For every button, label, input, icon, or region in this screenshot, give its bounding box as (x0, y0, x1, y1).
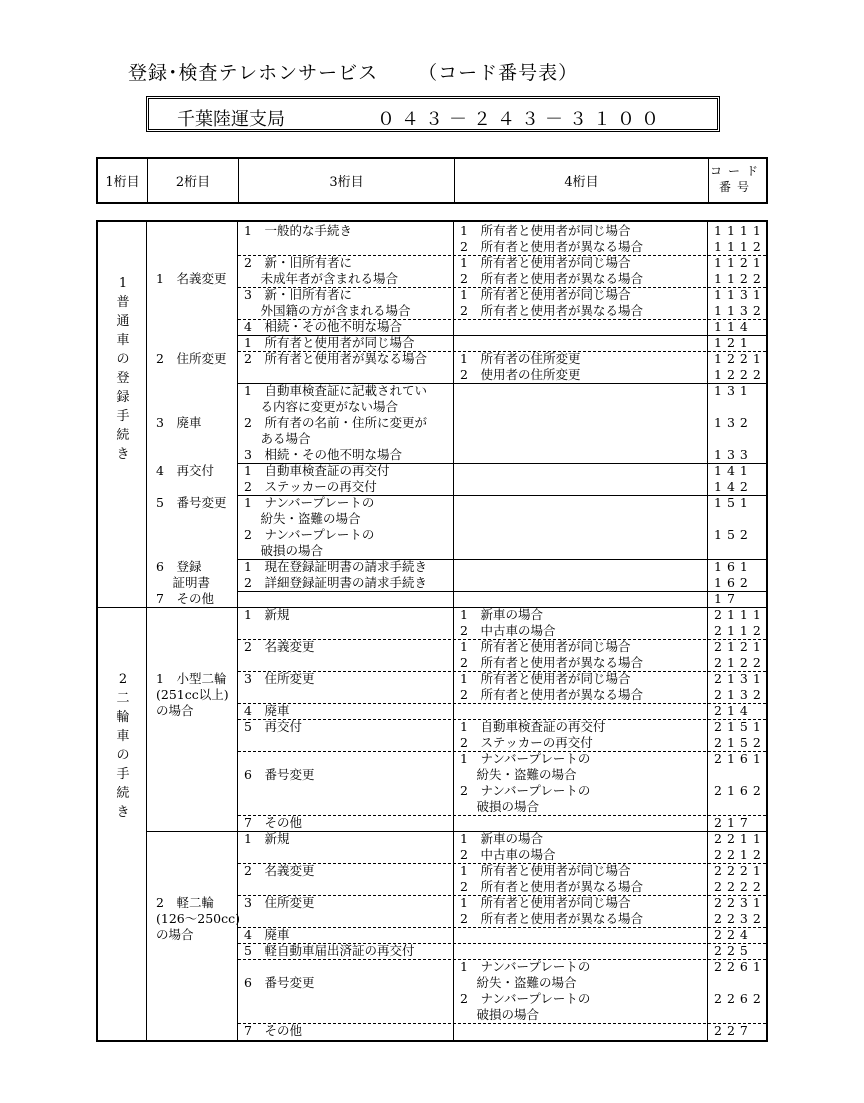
cell-c4: 紛失・盗難の場合 (460, 767, 576, 783)
phone-box: 千葉陸運支局 ０４３－２４３－３１００ (146, 96, 720, 132)
cell-c4: 1 新車の場合 (460, 831, 543, 847)
cell-c3: 1 ナンバープレートの (244, 495, 374, 511)
section-label-char: 車 (98, 331, 148, 350)
cell-c2: 1 名義変更 (156, 271, 226, 287)
cell-code: 132 (714, 415, 753, 431)
cell-c2: 3 廃車 (156, 415, 201, 431)
cell-c2: 証明書 (156, 575, 210, 591)
row-divider (238, 591, 766, 592)
cell-code: 224 (714, 927, 753, 943)
cell-code: 2211 (714, 831, 766, 847)
cell-code: 2111 (714, 607, 766, 623)
section-label-char: き (98, 445, 148, 464)
cell-c3: 2 詳細登録証明書の請求手続き (244, 575, 427, 591)
cell-c4: 1 ナンバープレートの (460, 751, 590, 767)
cell-code: 2261 (714, 959, 766, 975)
cell-code: 2231 (714, 895, 766, 911)
cell-code: 1121 (714, 255, 766, 271)
cell-c4: 破損の場合 (460, 799, 539, 815)
section-label-char: 通 (98, 312, 148, 331)
section-label-char: 二 (98, 689, 148, 708)
section-label-char: き (98, 803, 148, 822)
cell-code: 2121 (714, 639, 766, 655)
row-divider (238, 319, 766, 320)
cell-c3: 7 その他 (244, 815, 302, 831)
section-label-char: 輪 (98, 708, 148, 727)
cell-code: 2161 (714, 751, 766, 767)
cell-code: 227 (714, 1023, 753, 1039)
cell-c3: る内容に変更がない場合 (244, 399, 398, 415)
cell-code: 151 (714, 495, 753, 511)
cell-c4: 1 所有者と使用者が同じ場合 (460, 863, 630, 879)
cell-c4: 1 ナンバープレートの (460, 959, 590, 975)
section-label-char: 手 (98, 407, 148, 426)
cell-c3: 3 相続・その他不明な場合 (244, 447, 402, 463)
row-divider (238, 943, 766, 944)
row-divider (238, 639, 766, 640)
cell-c3: 1 自動車検査証の再交付 (244, 463, 389, 479)
title-sub: （コード番号表） (418, 62, 578, 84)
cell-c4: 2 所有者と使用者が異なる場合 (460, 911, 643, 927)
section-1-label: 1普通車の登録手続き (98, 274, 148, 464)
cell-c3: 4 相続・その他不明な場合 (244, 319, 402, 335)
cell-c3: 4 廃車 (244, 703, 289, 719)
row-divider (238, 495, 766, 496)
row-divider (238, 927, 766, 928)
section-label-char: 登 (98, 369, 148, 388)
cell-code: 2162 (714, 783, 766, 799)
cell-code: 2232 (714, 911, 766, 927)
row-divider (238, 671, 766, 672)
row-divider (238, 255, 766, 256)
cell-code: 214 (714, 703, 753, 719)
cell-code: 2122 (714, 655, 766, 671)
cell-code: 2221 (714, 863, 766, 879)
cell-code: 17 (714, 591, 740, 607)
row-divider (238, 751, 766, 752)
cell-c2: (126～250cc) (156, 911, 240, 927)
cell-code: 1112 (714, 239, 766, 255)
cell-code: 217 (714, 815, 753, 831)
cell-c2: の場合 (156, 703, 194, 719)
cell-c4: 破損の場合 (460, 1007, 539, 1023)
section-label-char: の (98, 350, 148, 369)
cell-c3: 1 自動車検査証に記載されてい (244, 383, 427, 399)
phone-number: ０４３－２４３－３１００ (377, 105, 665, 131)
cell-c3: 5 再交付 (244, 719, 302, 735)
cell-c2: 1 小型二輪 (156, 671, 226, 687)
cell-c3: 1 所有者と使用者が同じ場合 (244, 335, 414, 351)
cell-c3: 3 新・旧所有者に (244, 287, 352, 303)
row-divider (238, 287, 766, 288)
cell-c3: 3 住所変更 (244, 671, 314, 687)
office-name: 千葉陸運支局 (177, 105, 285, 131)
row-divider (238, 863, 766, 864)
cell-c4: 1 所有者と使用者が同じ場合 (460, 287, 630, 303)
cell-code: 2112 (714, 623, 766, 639)
cell-c4: 2 使用者の住所変更 (460, 367, 580, 383)
cell-c3: ある場合 (244, 431, 310, 447)
cell-code: 1122 (714, 271, 766, 287)
section-label-char: 2 (98, 670, 148, 689)
cell-c4: 2 所有者と使用者が異なる場合 (460, 879, 643, 895)
cell-c2: 7 その他 (156, 591, 214, 607)
cell-c4: 2 所有者と使用者が異なる場合 (460, 239, 643, 255)
cell-code: 2212 (714, 847, 766, 863)
cell-code: 2151 (714, 719, 766, 735)
cell-c4: 2 ナンバープレートの (460, 783, 590, 799)
cell-code: 1131 (714, 287, 766, 303)
col-divider (453, 222, 454, 1040)
cell-code: 2132 (714, 687, 766, 703)
cell-code: 2262 (714, 991, 766, 1007)
row-divider (238, 559, 766, 560)
title-main: 登録･検査テレホンサービス (128, 62, 378, 84)
cell-code: 121 (714, 335, 753, 351)
cell-c2: 4 再交付 (156, 463, 214, 479)
cell-c4: 1 所有者と使用者が同じ場合 (460, 895, 630, 911)
cell-code: 1222 (714, 367, 766, 383)
header-code: コード番号 (708, 159, 766, 202)
cell-code: 133 (714, 447, 753, 463)
cell-code: 142 (714, 479, 753, 495)
header-col4: 4桁目 (455, 159, 709, 202)
cell-code: 114 (714, 319, 753, 335)
section-label-char: の (98, 746, 148, 765)
code-table: 1普通車の登録手続き 2二輪車の手続き 1 一般的な手続き1 所有者と使用者が同… (96, 220, 768, 1042)
cell-c3: 破損の場合 (244, 543, 323, 559)
cell-c3: 1 新規 (244, 607, 289, 623)
cell-c4: 1 自動車検査証の再交付 (460, 719, 605, 735)
cell-code: 1132 (714, 303, 766, 319)
section-label-char: 普 (98, 293, 148, 312)
cell-c4: 2 所有者と使用者が異なる場合 (460, 303, 643, 319)
section-label-char: 続 (98, 426, 148, 445)
cell-c4: 2 所有者と使用者が異なる場合 (460, 687, 643, 703)
cell-code: 161 (714, 559, 753, 575)
row-divider (238, 351, 766, 352)
cell-c3: 2 所有者の名前・住所に変更が (244, 415, 427, 431)
cell-code: 162 (714, 575, 753, 591)
cell-code: 2131 (714, 671, 766, 687)
cell-c4: 1 新車の場合 (460, 607, 543, 623)
section-label-char: 車 (98, 727, 148, 746)
header-col2: 2桁目 (148, 159, 239, 202)
cell-c3: 2 新・旧所有者に (244, 255, 352, 271)
cell-c4: 2 ナンバープレートの (460, 991, 590, 1007)
cell-c3: 4 廃車 (244, 927, 289, 943)
cell-code: 1221 (714, 351, 766, 367)
cell-c4: 1 所有者と使用者が同じ場合 (460, 255, 630, 271)
cell-code: 225 (714, 943, 753, 959)
cell-code: 152 (714, 527, 753, 543)
cell-c3: 6 番号変更 (244, 975, 314, 991)
cell-c3: 2 所有者と使用者が異なる場合 (244, 351, 427, 367)
page-title: 登録･検査テレホンサービス（コード番号表） (128, 58, 578, 85)
cell-c3: 1 一般的な手続き (244, 223, 352, 239)
cell-c4: 1 所有者と使用者が同じ場合 (460, 639, 630, 655)
row-divider (238, 959, 766, 960)
cell-c3: 7 その他 (244, 1023, 302, 1039)
row-divider (238, 1023, 766, 1024)
cell-c2: 2 軽二輪 (156, 895, 214, 911)
cell-c4: 1 所有者と使用者が同じ場合 (460, 671, 630, 687)
cell-code: 141 (714, 463, 753, 479)
row-divider (147, 831, 766, 832)
cell-code: 2152 (714, 735, 766, 751)
cell-c2: (251cc以上) (156, 687, 229, 703)
cell-c3: 紛失・盗難の場合 (244, 511, 360, 527)
cell-c2: の場合 (156, 927, 194, 943)
section-label-char: 録 (98, 388, 148, 407)
cell-c4: 2 所有者と使用者が異なる場合 (460, 655, 643, 671)
section-2-label: 2二輪車の手続き (98, 670, 148, 822)
cell-c3: 1 新規 (244, 831, 289, 847)
row-divider (238, 895, 766, 896)
section-label-char: 続 (98, 784, 148, 803)
cell-c3: 1 現在登録証明書の請求手続き (244, 559, 427, 575)
cell-c4: 1 所有者と使用者が同じ場合 (460, 223, 630, 239)
cell-code: 131 (714, 383, 753, 399)
section-label-char: 手 (98, 765, 148, 784)
cell-c3: 3 住所変更 (244, 895, 314, 911)
cell-c2: 5 番号変更 (156, 495, 226, 511)
cell-c2: 2 住所変更 (156, 351, 226, 367)
cell-c3: 2 ステッカーの再交付 (244, 479, 377, 495)
cell-c3: 未成年者が含まれる場合 (244, 271, 398, 287)
row-divider (238, 815, 766, 816)
row-divider (238, 335, 766, 336)
col-divider (707, 222, 708, 1040)
row-divider (238, 703, 766, 704)
cell-c4: 2 中古車の場合 (460, 847, 555, 863)
cell-c3: 5 軽自動車届出済証の再交付 (244, 943, 414, 959)
cell-c4: 2 中古車の場合 (460, 623, 555, 639)
cell-c4: 2 所有者と使用者が異なる場合 (460, 271, 643, 287)
header-col3: 3桁目 (239, 159, 455, 202)
cell-c4: 1 所有者の住所変更 (460, 351, 580, 367)
cell-c3: 2 名義変更 (244, 863, 314, 879)
cell-code: 1111 (714, 223, 766, 239)
cell-c3: 2 名義変更 (244, 639, 314, 655)
row-divider (238, 383, 766, 384)
cell-c3: 6 番号変更 (244, 767, 314, 783)
cell-c4: 2 ステッカーの再交付 (460, 735, 593, 751)
cell-code: 2222 (714, 879, 766, 895)
table-header: 1桁目 2桁目 3桁目 4桁目 コード番号 (96, 157, 768, 204)
row-divider (238, 719, 766, 720)
row-divider (238, 463, 766, 464)
row-divider (98, 607, 766, 608)
header-col1: 1桁目 (98, 159, 148, 202)
cell-c3: 2 ナンバープレートの (244, 527, 374, 543)
section-label-char: 1 (98, 274, 148, 293)
cell-c2: 6 登録 (156, 559, 201, 575)
cell-c3: 外国籍の方が含まれる場合 (244, 303, 410, 319)
cell-c4: 紛失・盗難の場合 (460, 975, 576, 991)
